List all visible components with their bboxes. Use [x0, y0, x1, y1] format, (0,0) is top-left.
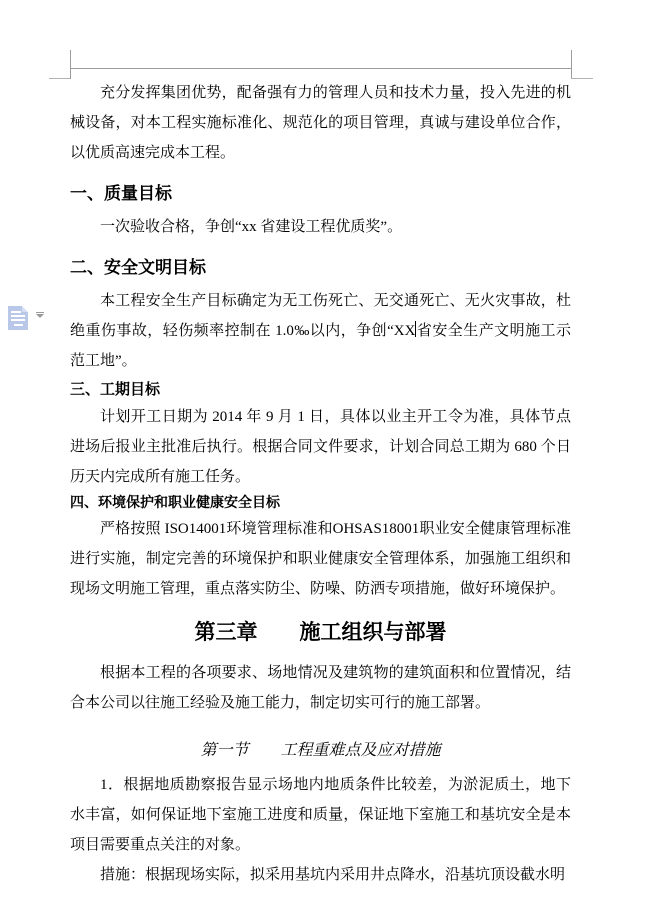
measures-paragraph: 措施：根据现场实际，拟采用基坑内采用井点降水，沿基坑顶设截水明: [70, 860, 571, 890]
document-page: 充分发挥集团优势，配备强有力的管理人员和技术力量，投入先进的机械设备，对本工程实…: [0, 0, 670, 915]
page-boundary-top-line: [70, 68, 572, 69]
environment-goal-paragraph: 严格按照 ISO14001环境管理标准和OHSAS18001职业安全健康管理标准…: [70, 514, 571, 604]
chapter-intro-paragraph: 根据本工程的各项要求、场地情况及建筑物的建筑面积和位置情况，结合本公司以往施工经…: [70, 658, 571, 718]
schedule-goal-paragraph: 计划开工日期为 2014 年 9 月 1 日，具体以业主开工令为准，具体节点进场…: [70, 402, 571, 492]
chevron-down-icon[interactable]: [36, 314, 44, 318]
safety-goal-paragraph: 本工程安全生产目标确定为无工伤死亡、无交通死亡、无火灾事故，杜绝重伤事故，轻伤频…: [70, 286, 571, 376]
chapter-title: 第三章 施工组织与部署: [70, 614, 571, 650]
section-title: 第一节 工程重难点及应对措施: [70, 736, 571, 764]
page-boundary-right-tick: [571, 50, 572, 79]
quality-goal-paragraph: 一次验收合格，争创“xx 省建设工程优质奖”。: [70, 212, 571, 242]
page-boundary-left-tick: [70, 50, 71, 79]
heading-safety-goal: 二、安全文明目标: [70, 256, 571, 280]
heading-quality-goal: 一、质量目标: [70, 182, 571, 206]
margin-smart-tag[interactable]: [8, 306, 44, 330]
difficulty-paragraph: 1．根据地质勘察报告显示场地内地质条件比较差，为淤泥质土，地下水丰富，如何保证地…: [70, 770, 571, 860]
heading-schedule-goal: 三、工期目标: [70, 376, 571, 402]
page-fold-corner: [22, 306, 28, 312]
intro-paragraph: 充分发挥集团优势，配备强有力的管理人员和技术力量，投入先进的机械设备，对本工程实…: [70, 78, 571, 168]
page-boundary-left-outer-mark: [49, 78, 70, 79]
heading-environment-goal: 四、环境保护和职业健康安全目标: [70, 492, 571, 514]
page-boundary-right-outer-mark: [571, 78, 593, 79]
document-icon[interactable]: [8, 306, 28, 330]
document-text-area[interactable]: 充分发挥集团优势，配备强有力的管理人员和技术力量，投入先进的机械设备，对本工程实…: [70, 78, 571, 890]
